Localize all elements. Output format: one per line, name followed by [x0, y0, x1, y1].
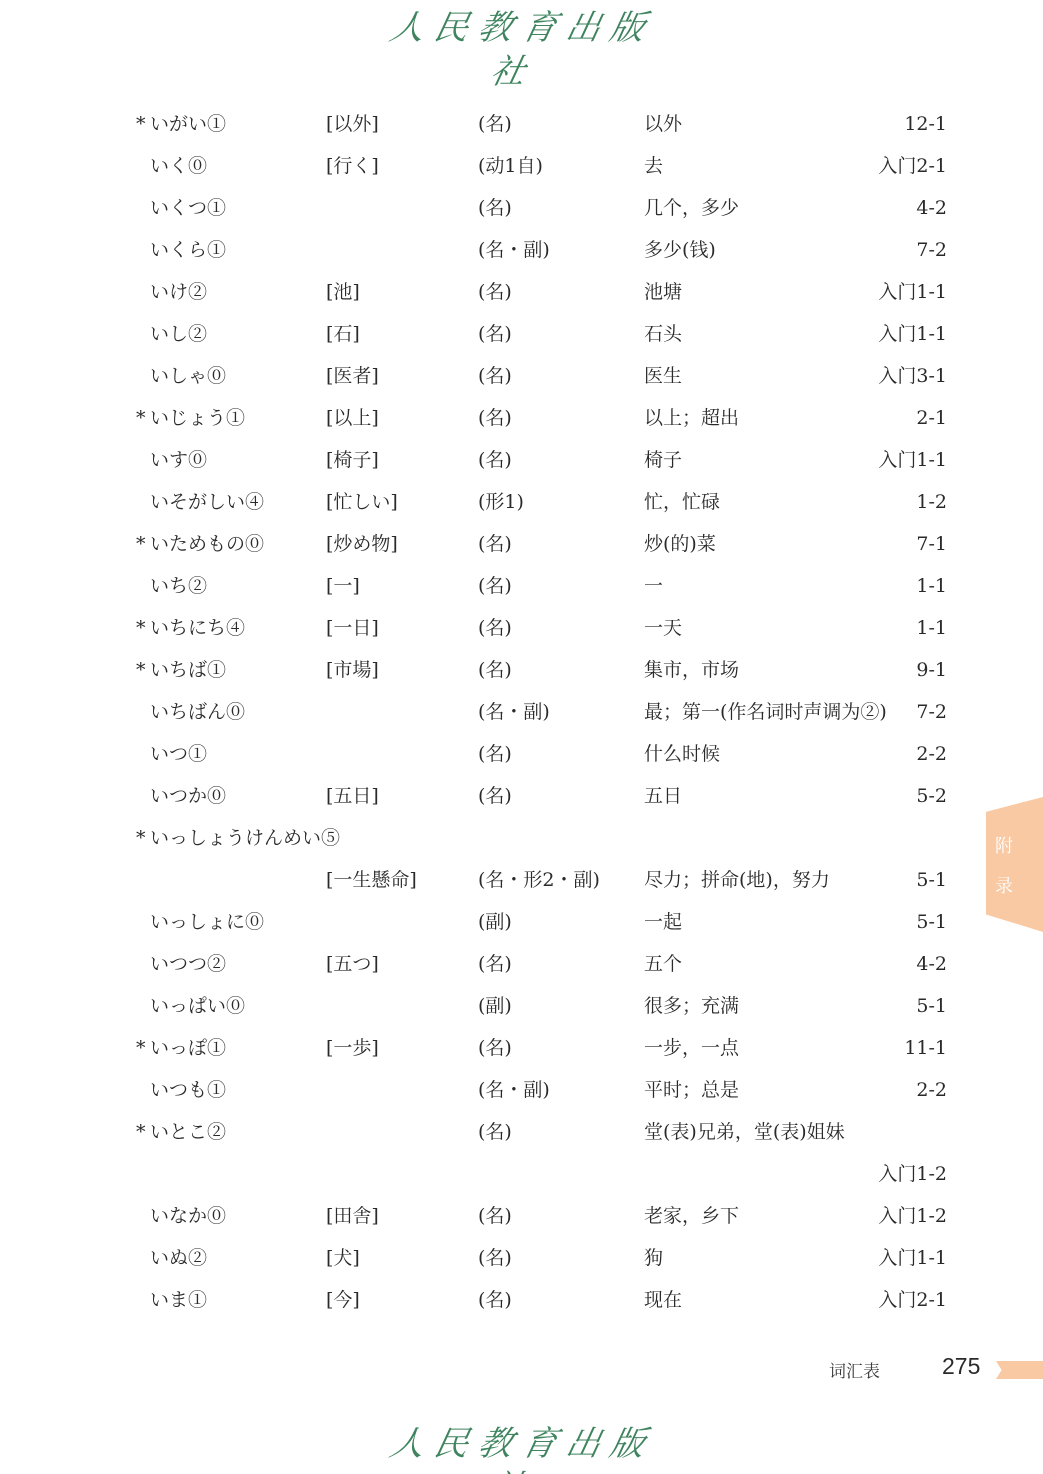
entry-kana: *いがい① — [136, 103, 226, 145]
entry-part-of-speech: (名) — [478, 1237, 512, 1279]
kana-text: いくつ① — [150, 197, 226, 219]
kana-text: いぬ② — [150, 1247, 207, 1269]
kana-text: いし② — [150, 323, 207, 345]
entry-lesson: 11-1 — [904, 1027, 947, 1069]
entry-lesson: 9-1 — [916, 649, 947, 691]
entry-meaning: 一起 — [644, 901, 682, 943]
vocab-entry-row: *いじょう①[以上](名)以上；超出2-1 — [0, 397, 1043, 439]
entry-kanji: [今] — [326, 1279, 360, 1321]
entry-lesson: 2-2 — [916, 733, 947, 775]
entry-lesson: 7-2 — [916, 229, 947, 271]
entry-kana: いつ① — [136, 733, 207, 775]
vocab-entry-row: いしゃ⓪[医者](名)医生入门3-1 — [0, 355, 1043, 397]
entry-meaning: 一 — [644, 565, 663, 607]
kana-text: いじょう① — [150, 407, 245, 429]
entry-meaning: 平时；总是 — [644, 1069, 739, 1111]
entry-lesson: 入门1-2 — [878, 1153, 947, 1195]
kana-text: いっしょに⓪ — [150, 911, 264, 933]
kana-text: いちにち④ — [150, 617, 245, 639]
entry-kana: いっぱい⓪ — [136, 985, 245, 1027]
entry-part-of-speech: (名) — [478, 1027, 512, 1069]
entry-kana: いくら① — [136, 229, 226, 271]
entry-lesson: 入门1-1 — [878, 1237, 947, 1279]
kana-text: いつも① — [150, 1079, 226, 1101]
entry-kanji: [炒め物] — [326, 523, 398, 565]
entry-kanji: [五つ] — [326, 943, 379, 985]
kana-text: いっぱい⓪ — [150, 995, 245, 1017]
entry-meaning: 医生 — [644, 355, 682, 397]
entry-kana: いつつ② — [136, 943, 226, 985]
entry-kana: いなか⓪ — [136, 1195, 226, 1237]
vocab-entry-row: *いためもの⓪[炒め物](名)炒(的)菜7-1 — [0, 523, 1043, 565]
entry-kana: *いちにち④ — [136, 607, 245, 649]
entry-kanji: [一日] — [326, 607, 379, 649]
entry-meaning: 现在 — [644, 1279, 682, 1321]
entry-lesson: 入门1-1 — [878, 313, 947, 355]
kana-text: いそがしい④ — [150, 491, 264, 513]
entry-lesson: 入门2-1 — [878, 145, 947, 187]
entry-kanji: [石] — [326, 313, 360, 355]
entry-kanji: [以上] — [326, 397, 379, 439]
entry-kana: いけ② — [136, 271, 207, 313]
vocab-entry-row: いつつ②[五つ](名)五个4-2 — [0, 943, 1043, 985]
appendix-side-tab — [986, 797, 1043, 932]
new-word-star-marker: * — [136, 397, 150, 439]
publisher-watermark-bottom: 人民教育出版社 — [375, 1422, 669, 1466]
entry-kanji: [池] — [326, 271, 360, 313]
kana-text: いちばん⓪ — [150, 701, 245, 723]
entry-meaning: 一天 — [644, 607, 682, 649]
entry-meaning: 尽力；拼命(地)，努力 — [644, 859, 830, 901]
new-word-star-marker: * — [136, 817, 150, 859]
entry-kana: いしゃ⓪ — [136, 355, 226, 397]
entry-part-of-speech: (名・副) — [478, 1069, 550, 1111]
kana-text: いちば① — [150, 659, 226, 681]
new-word-star-marker: * — [136, 523, 150, 565]
entry-meaning: 五个 — [644, 943, 682, 985]
entry-meaning: 池塘 — [644, 271, 682, 313]
entry-lesson: 入门2-1 — [878, 1279, 947, 1321]
entry-part-of-speech: (名) — [478, 523, 512, 565]
entry-part-of-speech: (名) — [478, 1195, 512, 1237]
entry-kana: *いじょう① — [136, 397, 245, 439]
entry-kana: いす⓪ — [136, 439, 207, 481]
entry-part-of-speech: (名・形2・副) — [478, 859, 600, 901]
vocab-entry-row: いす⓪[椅子](名)椅子入门1-1 — [0, 439, 1043, 481]
kana-text: いしゃ⓪ — [150, 365, 226, 387]
entry-part-of-speech: (名) — [478, 355, 512, 397]
entry-meaning: 几个，多少 — [644, 187, 739, 229]
entry-lesson: 入门3-1 — [878, 355, 947, 397]
entry-kana: いし② — [136, 313, 207, 355]
entry-meaning: 狗 — [644, 1237, 663, 1279]
entry-lesson: 2-2 — [916, 1069, 947, 1111]
entry-kanji: [医者] — [326, 355, 379, 397]
entry-part-of-speech: (名) — [478, 103, 512, 145]
entry-part-of-speech: (副) — [478, 985, 512, 1027]
entry-kanji: [椅子] — [326, 439, 379, 481]
entry-kana: いち② — [136, 565, 207, 607]
entry-lesson: 1-2 — [916, 481, 947, 523]
entry-meaning: 炒(的)菜 — [644, 523, 716, 565]
vocab-entry-row: いく⓪[行く](动1自)去入门2-1 — [0, 145, 1043, 187]
new-word-star-marker: * — [136, 1111, 150, 1153]
entry-part-of-speech: (形1) — [478, 481, 524, 523]
entry-kana: いそがしい④ — [136, 481, 264, 523]
vocab-entry-row: いけ②[池](名)池塘入门1-1 — [0, 271, 1043, 313]
entry-meaning: 椅子 — [644, 439, 682, 481]
kana-text: いっしょうけんめい⑤ — [150, 827, 340, 849]
entry-part-of-speech: (名) — [478, 439, 512, 481]
entry-kana: *いちば① — [136, 649, 226, 691]
entry-part-of-speech: (名・副) — [478, 691, 550, 733]
vocab-entry-row: いち②[一](名)一1-1 — [0, 565, 1043, 607]
entry-lesson: 入门1-1 — [878, 439, 947, 481]
side-tab-char-2: 录 — [992, 872, 1016, 898]
entry-kana: いま① — [136, 1279, 207, 1321]
new-word-star-marker: * — [136, 607, 150, 649]
entry-meaning: 石头 — [644, 313, 682, 355]
vocab-entry-row: *いちにち④[一日](名)一天1-1 — [0, 607, 1043, 649]
entry-meaning: 很多；充满 — [644, 985, 739, 1027]
entry-lesson: 1-1 — [916, 565, 947, 607]
entry-part-of-speech: (名) — [478, 313, 512, 355]
vocab-entry-row: いつも①(名・副)平时；总是2-2 — [0, 1069, 1043, 1111]
entry-kanji: [一] — [326, 565, 360, 607]
kana-text: いっぽ① — [150, 1037, 226, 1059]
vocab-entry-row: [一生懸命](名・形2・副)尽力；拼命(地)，努力5-1 — [0, 859, 1043, 901]
entry-kanji: [五日] — [326, 775, 379, 817]
entry-meaning: 什么时候 — [644, 733, 720, 775]
entry-part-of-speech: (名) — [478, 397, 512, 439]
entry-meaning: 集市，市场 — [644, 649, 739, 691]
entry-lesson: 5-2 — [916, 775, 947, 817]
entry-kanji: [田舎] — [326, 1195, 379, 1237]
vocabulary-list: *いがい①[以外](名)以外12-1いく⓪[行く](动1自)去入门2-1いくつ①… — [0, 103, 1043, 1321]
entry-lesson: 5-1 — [916, 985, 947, 1027]
entry-kana: いつか⓪ — [136, 775, 226, 817]
vocab-entry-row: いそがしい④[忙しい](形1)忙，忙碌1-2 — [0, 481, 1043, 523]
entry-meaning: 五日 — [644, 775, 682, 817]
entry-lesson: 5-1 — [916, 901, 947, 943]
entry-kanji: [行く] — [326, 145, 379, 187]
vocab-entry-row: 入门1-2 — [0, 1153, 1043, 1195]
new-word-star-marker: * — [136, 103, 150, 145]
vocab-entry-row: *いがい①[以外](名)以外12-1 — [0, 103, 1043, 145]
entry-part-of-speech: (名) — [478, 271, 512, 313]
kana-text: いつつ② — [150, 953, 226, 975]
entry-meaning: 去 — [644, 145, 663, 187]
vocab-entry-row: いっしょに⓪(副)一起5-1 — [0, 901, 1043, 943]
entry-lesson: 2-1 — [916, 397, 947, 439]
entry-part-of-speech: (名) — [478, 943, 512, 985]
vocab-entry-row: いっぱい⓪(副)很多；充满5-1 — [0, 985, 1043, 1027]
entry-lesson: 入门1-2 — [878, 1195, 947, 1237]
vocab-entry-row: いつ①(名)什么时候2-2 — [0, 733, 1043, 775]
side-tab-char-1: 附 — [992, 832, 1016, 858]
entry-lesson: 5-1 — [916, 859, 947, 901]
entry-meaning: 以外 — [644, 103, 682, 145]
entry-kanji: [以外] — [326, 103, 379, 145]
vocab-entry-row: いぬ②[犬](名)狗入门1-1 — [0, 1237, 1043, 1279]
entry-lesson: 入门1-1 — [878, 271, 947, 313]
entry-meaning: 一步，一点 — [644, 1027, 739, 1069]
entry-lesson: 4-2 — [916, 187, 947, 229]
new-word-star-marker: * — [136, 1027, 150, 1069]
entry-lesson: 4-2 — [916, 943, 947, 985]
entry-kana: いく⓪ — [136, 145, 207, 187]
kana-text: いち② — [150, 575, 207, 597]
entry-kana: いちばん⓪ — [136, 691, 245, 733]
page-marker-bar — [996, 1361, 1043, 1379]
vocab-entry-row: いくら①(名・副)多少(钱)7-2 — [0, 229, 1043, 271]
kana-text: いためもの⓪ — [150, 533, 264, 555]
vocab-entry-row: いつか⓪[五日](名)五日5-2 — [0, 775, 1043, 817]
footer-section-label: 词汇表 — [829, 1357, 880, 1382]
vocab-entry-row: いなか⓪[田舎](名)老家，乡下入门1-2 — [0, 1195, 1043, 1237]
entry-kana: いっしょに⓪ — [136, 901, 264, 943]
kana-text: いつ① — [150, 743, 207, 765]
publisher-watermark-top: 人民教育出版社 — [375, 6, 669, 50]
page-number: 275 — [942, 1353, 980, 1380]
entry-meaning: 老家，乡下 — [644, 1195, 739, 1237]
vocab-entry-row: いま①[今](名)现在入门2-1 — [0, 1279, 1043, 1321]
kana-text: いとこ② — [150, 1121, 226, 1143]
entry-meaning: 多少(钱) — [644, 229, 716, 271]
vocab-entry-row: *いっぽ①[一歩](名)一步，一点11-1 — [0, 1027, 1043, 1069]
entry-meaning: 最；第一(作名词时声调为②) — [644, 691, 887, 733]
kana-text: いくら① — [150, 239, 226, 261]
entry-part-of-speech: (副) — [478, 901, 512, 943]
entry-kana — [136, 1153, 150, 1195]
entry-lesson: 12-1 — [904, 103, 947, 145]
entry-part-of-speech: (名・副) — [478, 229, 550, 271]
entry-kana: *いとこ② — [136, 1111, 226, 1153]
entry-kanji: [忙しい] — [326, 481, 398, 523]
vocab-entry-row: *いとこ②(名)堂(表)兄弟，堂(表)姐妹 — [0, 1111, 1043, 1153]
kana-text: いく⓪ — [150, 155, 207, 177]
kana-text: いす⓪ — [150, 449, 207, 471]
entry-meaning: 以上；超出 — [644, 397, 739, 439]
entry-part-of-speech: (名) — [478, 1279, 512, 1321]
entry-kanji: [犬] — [326, 1237, 360, 1279]
entry-kana — [136, 859, 150, 901]
entry-kanji: [一歩] — [326, 1027, 379, 1069]
entry-kana: *いっしょうけんめい⑤ — [136, 817, 340, 859]
entry-part-of-speech: (名) — [478, 565, 512, 607]
entry-part-of-speech: (名) — [478, 187, 512, 229]
entry-part-of-speech: (动1自) — [478, 145, 543, 187]
kana-text: いつか⓪ — [150, 785, 226, 807]
entry-kana: *いっぽ① — [136, 1027, 226, 1069]
entry-meaning: 忙，忙碌 — [644, 481, 720, 523]
vocab-entry-row: *いちば①[市場](名)集市，市场9-1 — [0, 649, 1043, 691]
entry-part-of-speech: (名) — [478, 733, 512, 775]
entry-part-of-speech: (名) — [478, 649, 512, 691]
entry-kanji: [市場] — [326, 649, 379, 691]
vocab-entry-row: いし②[石](名)石头入门1-1 — [0, 313, 1043, 355]
entry-lesson: 7-1 — [916, 523, 947, 565]
entry-kana: いつも① — [136, 1069, 226, 1111]
kana-text: いなか⓪ — [150, 1205, 226, 1227]
vocab-entry-row: いちばん⓪(名・副)最；第一(作名词时声调为②)7-2 — [0, 691, 1043, 733]
vocab-entry-row: *いっしょうけんめい⑤ — [0, 817, 1043, 859]
entry-part-of-speech: (名) — [478, 775, 512, 817]
entry-kana: いくつ① — [136, 187, 226, 229]
new-word-star-marker: * — [136, 649, 150, 691]
kana-text: いま① — [150, 1289, 207, 1311]
entry-kana: いぬ② — [136, 1237, 207, 1279]
entry-kanji: [一生懸命] — [326, 859, 417, 901]
entry-lesson: 1-1 — [916, 607, 947, 649]
entry-lesson: 7-2 — [916, 691, 947, 733]
vocab-entry-row: いくつ①(名)几个，多少4-2 — [0, 187, 1043, 229]
entry-part-of-speech: (名) — [478, 607, 512, 649]
entry-kana: *いためもの⓪ — [136, 523, 264, 565]
entry-part-of-speech: (名) — [478, 1111, 512, 1153]
kana-text: いがい① — [150, 113, 226, 135]
kana-text: いけ② — [150, 281, 207, 303]
entry-meaning: 堂(表)兄弟，堂(表)姐妹 — [644, 1111, 845, 1153]
